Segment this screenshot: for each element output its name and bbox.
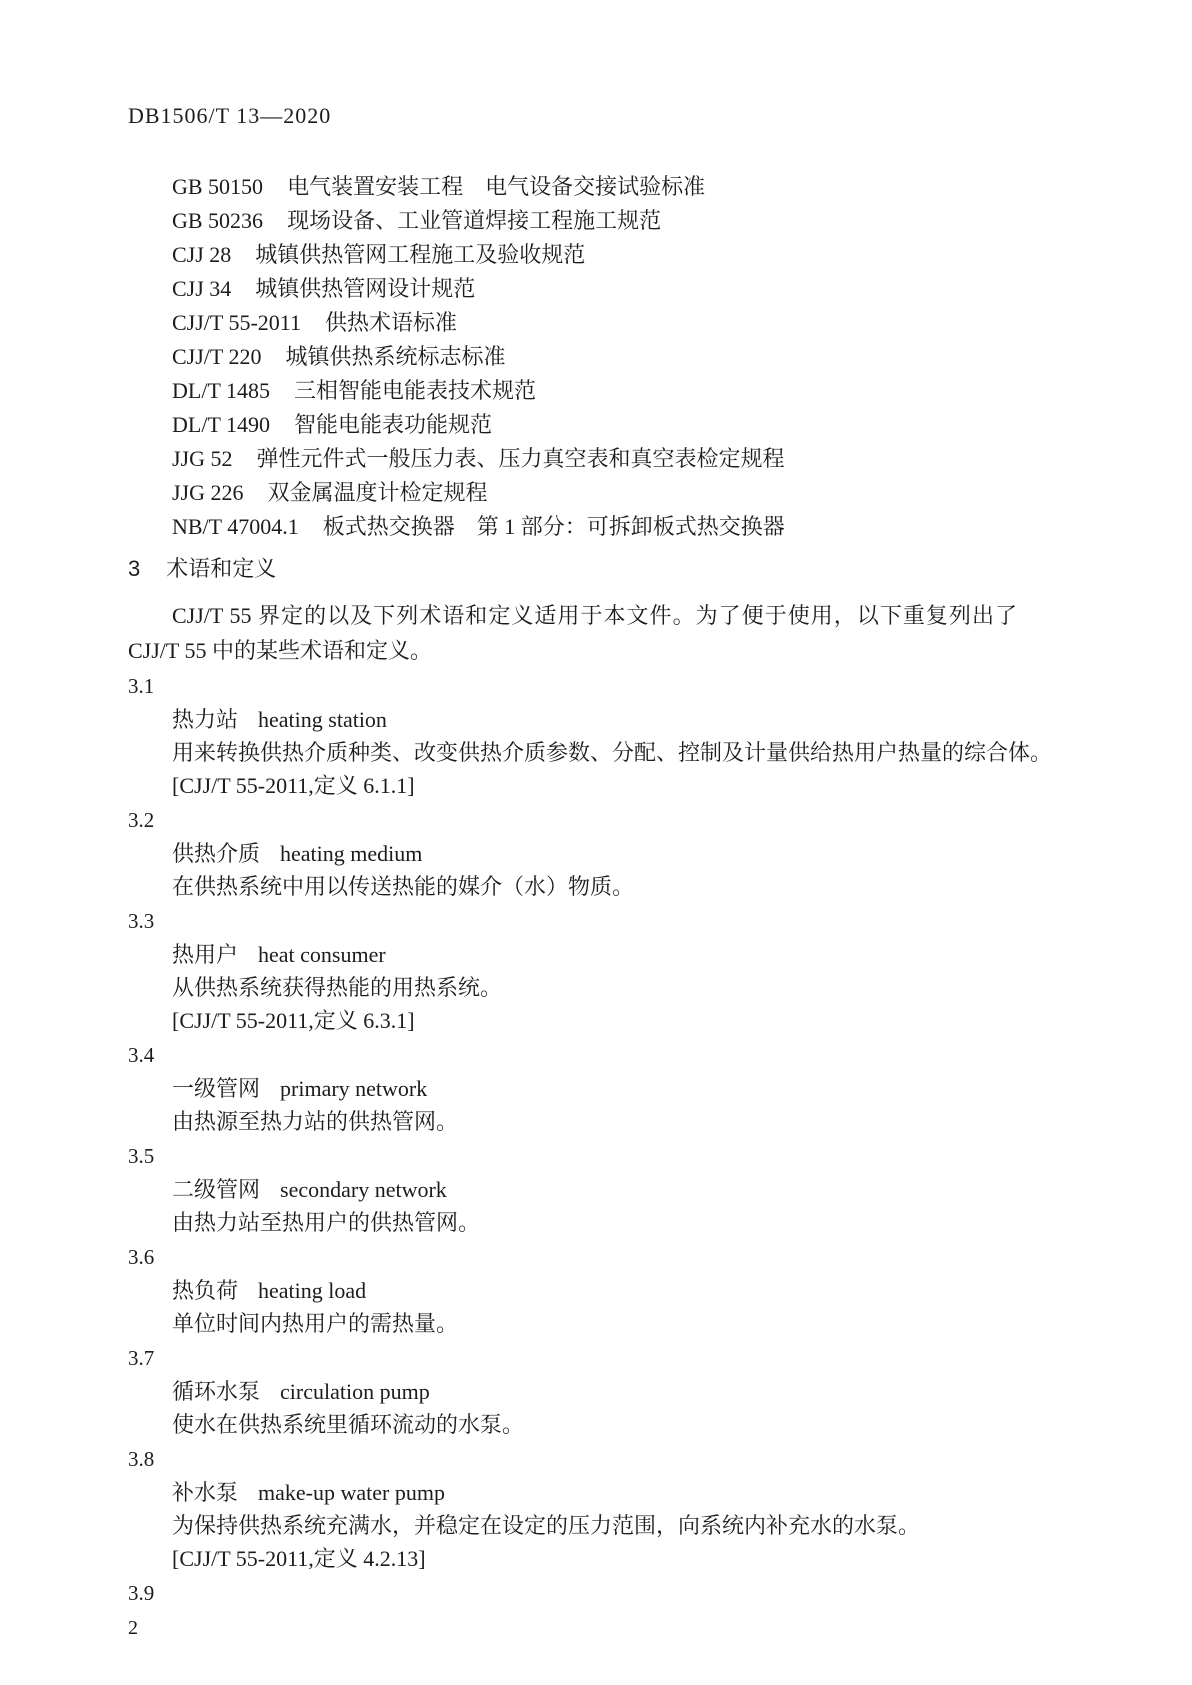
term-definition: 在供热系统中用以传送热能的媒介（水）物质。 [128, 870, 1017, 903]
reference-code: DL/T 1485 [172, 378, 270, 403]
term-number: 3.6 [128, 1241, 1017, 1274]
term-line: 热用户heat consumer [128, 938, 1017, 971]
term-number: 3.8 [128, 1443, 1017, 1476]
term-definition: 从供热系统获得热能的用热系统。 [128, 971, 1017, 1004]
reference-title: 电气装置安装工程 电气设备交接试验标准 [287, 174, 705, 199]
term-block: 3.4 一级管网primary network 由热源至热力站的供热管网。 [128, 1039, 1017, 1138]
reference-item: CJJ/T 220城镇供热系统标志标准 [128, 340, 1017, 374]
term-block: 3.1 热力站heating station 用来转换供热介质种类、改变供热介质… [128, 670, 1017, 802]
reference-code: JJG 52 [172, 446, 233, 471]
reference-item: DL/T 1485三相智能电能表技术规范 [128, 374, 1017, 408]
term-definition: 使水在供热系统里循环流动的水泵。 [128, 1408, 1017, 1441]
term-line: 一级管网primary network [128, 1072, 1017, 1105]
term-number: 3.5 [128, 1140, 1017, 1173]
term-en: heat consumer [258, 942, 386, 967]
reference-code: CJJ/T 55-2011 [172, 310, 301, 335]
term-block: 3.8 补水泵make-up water pump 为保持供热系统充满水，并稳定… [128, 1443, 1017, 1575]
reference-code: GB 50236 [172, 208, 263, 233]
term-zh: 补水泵 [172, 1480, 238, 1505]
reference-code: CJJ/T 220 [172, 344, 261, 369]
term-block: 3.2 供热介质heating medium 在供热系统中用以传送热能的媒介（水… [128, 804, 1017, 903]
reference-title: 三相智能电能表技术规范 [294, 378, 536, 403]
term-definition: 为保持供热系统充满水，并稳定在设定的压力范围，向系统内补充水的水泵。 [128, 1509, 1017, 1542]
reference-item: NB/T 47004.1板式热交换器 第 1 部分：可拆卸板式热交换器 [128, 510, 1017, 544]
term-line: 热负荷heating load [128, 1274, 1017, 1307]
term-en: circulation pump [280, 1379, 430, 1404]
reference-code: NB/T 47004.1 [172, 514, 299, 539]
reference-title: 城镇供热管网工程施工及验收规范 [255, 242, 585, 267]
term-line: 循环水泵circulation pump [128, 1375, 1017, 1408]
term-definition: 由热力站至热用户的供热管网。 [128, 1206, 1017, 1239]
reference-title: 智能电能表功能规范 [294, 412, 492, 437]
reference-title: 弹性元件式一般压力表、压力真空表和真空表检定规程 [257, 446, 785, 471]
intro-paragraph: CJJ/T 55 界定的以及下列术语和定义适用于本文件。为了便于使用，以下重复列… [128, 598, 1017, 668]
term-source: [CJJ/T 55-2011,定义 4.2.13] [128, 1542, 1017, 1575]
reference-title: 城镇供热系统标志标准 [285, 344, 505, 369]
term-zh: 热力站 [172, 707, 238, 732]
term-source: [CJJ/T 55-2011,定义 6.1.1] [128, 769, 1017, 802]
term-definition: 由热源至热力站的供热管网。 [128, 1105, 1017, 1138]
term-block: 3.5 二级管网secondary network 由热力站至热用户的供热管网。 [128, 1140, 1017, 1239]
term-zh: 循环水泵 [172, 1379, 260, 1404]
term-definition: 单位时间内热用户的需热量。 [128, 1307, 1017, 1340]
reference-item: DL/T 1490智能电能表功能规范 [128, 408, 1017, 442]
reference-item: CJJ/T 55-2011供热术语标准 [128, 306, 1017, 340]
doc-code: DB1506/T 13—2020 [128, 99, 1017, 132]
term-number: 3.9 [128, 1577, 1017, 1610]
term-block: 3.3 热用户heat consumer 从供热系统获得热能的用热系统。 [CJ… [128, 905, 1017, 1037]
term-source: [CJJ/T 55-2011,定义 6.3.1] [128, 1004, 1017, 1037]
reference-item: CJJ 28城镇供热管网工程施工及验收规范 [128, 238, 1017, 272]
term-zh: 供热介质 [172, 841, 260, 866]
reference-title: 供热术语标准 [325, 310, 457, 335]
term-number: 3.3 [128, 905, 1017, 938]
reference-item: GB 50236现场设备、工业管道焊接工程施工规范 [128, 204, 1017, 238]
term-number: 3.1 [128, 670, 1017, 703]
document-page: DB1506/T 13—2020 GB 50150电气装置安装工程 电气设备交接… [0, 0, 1192, 1685]
term-block: 3.6 热负荷heating load 单位时间内热用户的需热量。 [128, 1241, 1017, 1340]
reference-item: JJG 226双金属温度计检定规程 [128, 476, 1017, 510]
term-number: 3.4 [128, 1039, 1017, 1072]
term-number: 3.2 [128, 804, 1017, 837]
reference-title: 双金属温度计检定规程 [268, 480, 488, 505]
reference-code: JJG 226 [172, 480, 244, 505]
reference-item: CJJ 34城镇供热管网设计规范 [128, 272, 1017, 306]
reference-title: 现场设备、工业管道焊接工程施工规范 [287, 208, 661, 233]
term-line: 补水泵make-up water pump [128, 1476, 1017, 1509]
term-zh: 二级管网 [172, 1177, 260, 1202]
term-definition: 用来转换供热介质种类、改变供热介质参数、分配、控制及计量供给热用户热量的综合体。 [128, 736, 1017, 769]
reference-code: DL/T 1490 [172, 412, 270, 437]
reference-code: CJJ 34 [172, 276, 231, 301]
page-number: 2 [128, 1612, 1017, 1645]
term-zh: 热用户 [172, 942, 238, 967]
term-en: make-up water pump [258, 1480, 445, 1505]
section-heading: 3术语和定义 [128, 552, 1017, 586]
section-number: 3 [128, 556, 140, 581]
term-line: 供热介质heating medium [128, 837, 1017, 870]
reference-code: GB 50150 [172, 174, 263, 199]
term-block: 3.7 循环水泵circulation pump 使水在供热系统里循环流动的水泵… [128, 1342, 1017, 1441]
term-en: primary network [280, 1076, 427, 1101]
term-en: heating load [258, 1278, 366, 1303]
term-block: 3.9 [128, 1577, 1017, 1610]
section-title: 术语和定义 [166, 556, 276, 581]
term-line: 热力站heating station [128, 703, 1017, 736]
reference-item: JJG 52弹性元件式一般压力表、压力真空表和真空表检定规程 [128, 442, 1017, 476]
term-en: secondary network [280, 1177, 447, 1202]
references-list: GB 50150电气装置安装工程 电气设备交接试验标准 GB 50236现场设备… [128, 170, 1017, 544]
reference-title: 板式热交换器 第 1 部分：可拆卸板式热交换器 [323, 514, 785, 539]
term-line: 二级管网secondary network [128, 1173, 1017, 1206]
term-en: heating station [258, 707, 387, 732]
term-zh: 热负荷 [172, 1278, 238, 1303]
term-en: heating medium [280, 841, 422, 866]
reference-title: 城镇供热管网设计规范 [255, 276, 475, 301]
term-zh: 一级管网 [172, 1076, 260, 1101]
reference-item: GB 50150电气装置安装工程 电气设备交接试验标准 [128, 170, 1017, 204]
term-number: 3.7 [128, 1342, 1017, 1375]
reference-code: CJJ 28 [172, 242, 231, 267]
